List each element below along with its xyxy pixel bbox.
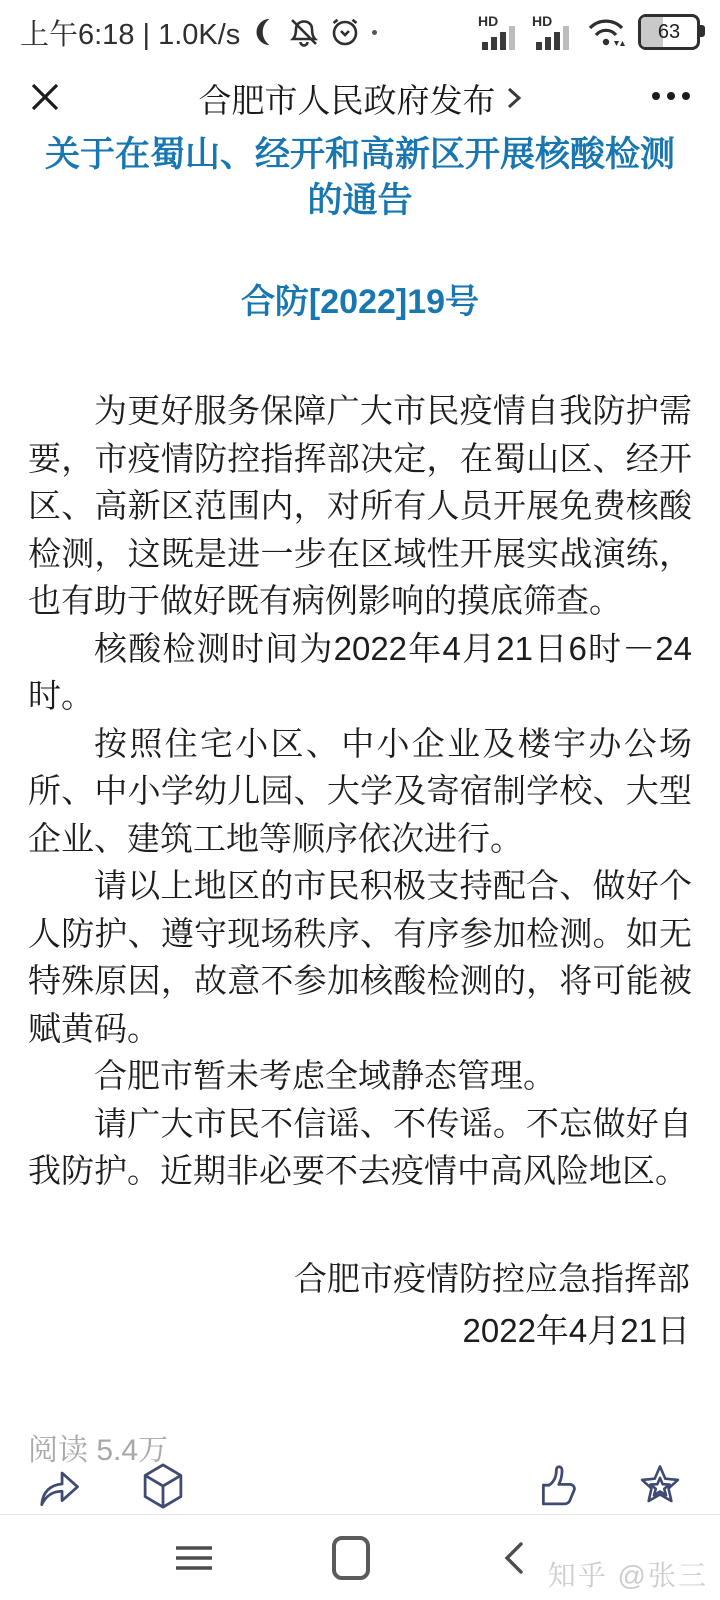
sim1-signal-icon: HD — [478, 14, 520, 50]
thumbs-up-icon[interactable] — [532, 1460, 584, 1512]
cube-icon[interactable] — [137, 1460, 189, 1512]
paragraph: 核酸检测时间为2022年4月21日6时－24时。 — [28, 625, 692, 720]
wow-star-icon[interactable] — [634, 1460, 686, 1512]
notification-dot-icon — [372, 30, 377, 35]
home-square-icon[interactable] — [332, 1536, 370, 1580]
more-dots-icon[interactable] — [652, 92, 690, 100]
chevron-right-icon — [506, 84, 522, 112]
battery-level: 63 — [658, 21, 680, 44]
status-bar: 上午6:18 | 1.0K/s — [0, 0, 720, 64]
watermark: 知乎 @张三 — [548, 1554, 708, 1594]
phone-screen: 上午6:18 | 1.0K/s — [0, 0, 720, 1600]
status-time: 上午6:18 | 1.0K/s — [20, 12, 240, 53]
paragraph: 按照住宅小区、中小企业及楼宇办公场所、中小学幼儿园、大学及寄宿制学校、大型企业、… — [28, 720, 692, 863]
back-chevron-icon[interactable] — [502, 1538, 526, 1578]
paragraph: 合肥市暂未考虑全域静态管理。 — [28, 1052, 692, 1100]
account-title-button[interactable]: 合肥市人民政府发布 — [80, 64, 640, 132]
article: 关于在蜀山、经开和高新区开展核酸检测的通告 合防[2022]19号 为更好服务保… — [0, 132, 720, 1357]
sim1-hd-label: HD — [478, 14, 498, 29]
article-body: 为更好服务保障广大市民疫情自我防护需要，市疫情防控指挥部决定，在蜀山区、经开区、… — [28, 387, 692, 1195]
sim2-hd-label: HD — [532, 14, 552, 29]
app-header: 合肥市人民政府发布 — [0, 64, 720, 132]
page-title: 合肥市人民政府发布 — [199, 75, 496, 122]
bell-muted-icon — [288, 16, 320, 48]
battery-icon: 63 — [638, 14, 700, 50]
signature-issuer: 合肥市疫情防控应急指挥部 — [30, 1253, 690, 1305]
paragraph: 为更好服务保障广大市民疫情自我防护需要，市疫情防控指挥部决定，在蜀山区、经开区、… — [28, 387, 692, 625]
paragraph: 请以上地区的市民积极支持配合、做好个人防护、遵守现场秩序、有序参加检测。如无特殊… — [28, 862, 692, 1052]
paragraph: 请广大市民不信谣、不传谣。不忘做好自我防护。近期非必要不去疫情中高风险地区。 — [28, 1100, 692, 1195]
menu-icon[interactable] — [173, 1543, 215, 1573]
close-icon[interactable] — [28, 80, 62, 114]
sim2-signal-icon: HD — [532, 14, 574, 50]
signature-block: 合肥市疫情防控应急指挥部 2022年4月21日 — [30, 1253, 690, 1357]
alarm-clock-icon — [329, 16, 361, 48]
signature-date: 2022年4月21日 — [30, 1305, 690, 1357]
article-title: 关于在蜀山、经开和高新区开展核酸检测的通告 — [30, 132, 690, 224]
share-icon[interactable] — [32, 1460, 84, 1512]
wifi-icon — [586, 15, 626, 49]
navigation-bar: 知乎 @张三 — [0, 1515, 720, 1600]
doc-number: 合防[2022]19号 — [30, 274, 690, 323]
moon-icon — [249, 16, 279, 48]
